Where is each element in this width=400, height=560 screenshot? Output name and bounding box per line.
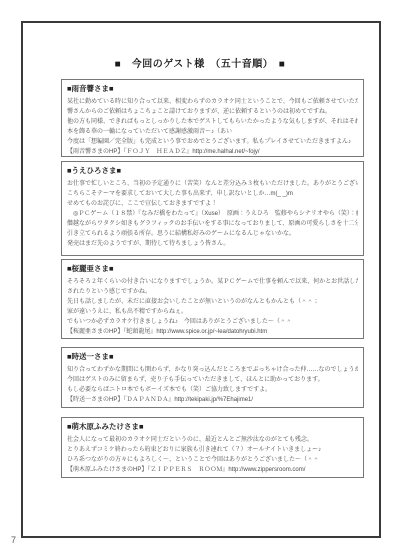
page-title: ■ 今回のゲスト様 （五十音順） ■ xyxy=(0,55,400,70)
guest-homepage-url: 【雨音響さまのHP】『ＦＯＪＹ ＨＥＡＤＺ』http://me.halhal.n… xyxy=(67,147,358,157)
guest-section-line: お仕事で忙しいところ、当初の予定通りに（苦笑）なんと差分込み３枚もいただけました… xyxy=(67,179,358,189)
guest-section-line: ひろ系つながりの方々にもよろしく〜、ということで今回はありがとうございました〜（… xyxy=(67,455,358,465)
guest-section-header: ■萌木原ふみたけさま■ xyxy=(67,421,358,432)
guest-section-line: 本を飾る華の一輪になっていただいて感謝感激雨音〜♪（あい xyxy=(67,127,358,137)
guest-section-line: 今回はゲストのみに留まらず、売り子も手伝っていただきまして、ほんとに助かっており… xyxy=(67,375,358,385)
guest-section-line: とりあえずコミケ終わったら約束どおりに家族も引き連れて（？）オールナイトいきまし… xyxy=(67,445,358,455)
guest-section-line: 家が遠いうえに、私も出不精ですからねぇ。 xyxy=(67,307,358,317)
guest-section-tokiso: ■時送一さま■ 知り合ってわずかな期間にも関わらず、かなり突っ込んだところまでぶ… xyxy=(61,347,364,408)
guest-section-line: こちらこそテーマを要求しておいて大した事も出来ず、申し訳ないとしか…m(_ _)… xyxy=(67,189,358,199)
guest-section-sakura: ■桜麗亜さま■ そろそろ２年くらいの付き合いになりますでしょうか。某ＰＣゲームで… xyxy=(61,259,364,339)
guest-section-amane: ■雨音響さま■ 某社に勤めている時に知り合って以来、相変わらずのカラオケ同士とい… xyxy=(61,79,364,157)
guest-homepage-url: 【萌木原ふみたけさまのHP】『ＺＩＰＰＥＲＳ ＲＯＯＭ』http://www.z… xyxy=(67,465,358,475)
guest-section-line: 僭越ながらワタクシ如きもグラフィックのお手伝いをする事になっておりまして、原画の… xyxy=(67,219,358,229)
guest-section-line: 引き立てられるよう頑張る所存。思うに結構私好みのゲームになるんじゃないかな。 xyxy=(67,229,358,239)
guest-section-line: 知り合ってわずかな期間にも関わらず、かなり突っ込んだところまでぶっちゃけ合った仲… xyxy=(67,365,358,375)
guest-section-line: 発売はまだ先のようですが、期待して待ちましょう皆さん。 xyxy=(67,239,358,249)
page-number: 7 xyxy=(11,535,16,545)
guest-homepage-url: 【桜麗亜さまのHP】『蛇頭龍尾』http://www.spice.or.jp/~… xyxy=(67,327,358,337)
guest-section-line: せめてものお詫びに、ここで宣伝しておきますですよ！ xyxy=(67,199,358,209)
guest-homepage-url: 【時送一さまのHP】『ＤＡＰＡＮＤＡ』http://tekipaki.jp/%7… xyxy=(67,395,358,405)
guest-section-line: 某社に勤めている時に知り合って以来、相変わらずのカラオケ同士ということで、今回も… xyxy=(67,97,358,107)
guest-section-moegihara: ■萌木原ふみたけさま■ 社会人になって最初のカラオケ同士だというのに、最近とんと… xyxy=(61,417,364,478)
guest-section-line: 社会人になって最初のカラオケ同士だというのに、最近とんとご無沙汰なのがとても残念… xyxy=(67,435,358,445)
scanned-document-page: { "page": { "title": "■ 今回のゲスト様 （五十音順） ■… xyxy=(0,0,400,560)
guest-section-line: されたりという感じですかね。 xyxy=(67,287,358,297)
guest-section-line: もし必要ならばニトロ本でもボーイズ本でも（笑）ご協力致しますですよ。 xyxy=(67,385,358,395)
guest-section-header: ■うえひろさま■ xyxy=(67,165,358,176)
guest-section-line: 先日も話しましたが、未だに直接お会いしたことが無いというのがなんともかんとも（＾… xyxy=(67,297,358,307)
guest-section-line: 今度は「想編園／完全版」も完成という事でおめでとうございます。私もプレイさせてい… xyxy=(67,137,358,147)
guest-section-header: ■雨音響さま■ xyxy=(67,83,358,94)
guest-section-header: ■桜麗亜さま■ xyxy=(67,263,358,274)
guest-section-line: そろそろ２年くらいの付き合いになりますでしょうか。某ＰＣゲームで仕事を頼んで以来… xyxy=(67,277,358,287)
guest-section-uehiro: ■うえひろさま■ お仕事で忙しいところ、当初の予定通りに（苦笑）なんと差分込み３… xyxy=(61,161,364,256)
guest-section-line: 他の方も同様、できればもっとしっかりした本でゲストしてもらいたかったような気もし… xyxy=(67,117,358,127)
guest-section-line: でもいつか必ずカラオケ行きましょうね♪ 今回はありがとうございました〜（＾＾ xyxy=(67,317,358,327)
guest-section-line: ◎ＰＣゲーム（１８禁）『なみだ橋をわたって』（Xuse） 原画：うえひろ 監修や… xyxy=(67,209,358,219)
guest-section-header: ■時送一さま■ xyxy=(67,351,358,362)
guest-section-line: 響さんからのご依頼はちょこちょこと請けておりますが、逆に依頼するというのは初めて… xyxy=(67,107,358,117)
